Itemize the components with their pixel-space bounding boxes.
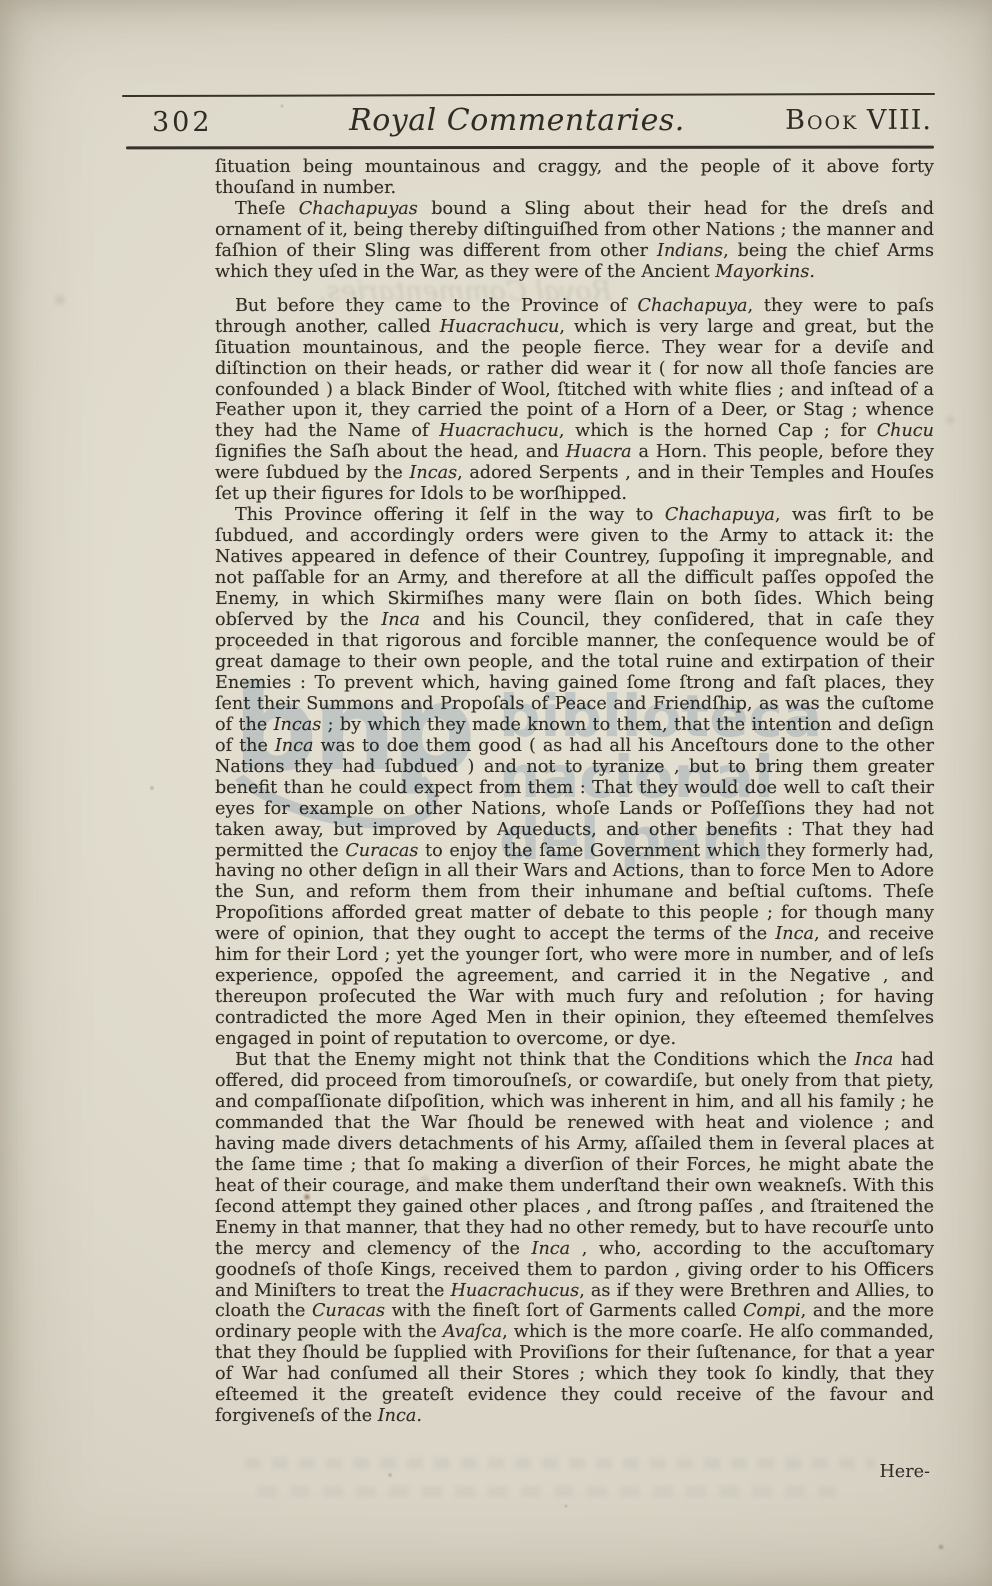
italic-text-run: Inca <box>275 736 314 756</box>
italic-text-run: Huacrachucus <box>451 1281 580 1301</box>
text-run: Theſe <box>235 199 299 219</box>
italic-text-run: Chucu <box>877 421 934 441</box>
body-text: ſituation being mountainous and craggy, … <box>215 157 934 1427</box>
paragraph: This Province offering it ſelf in the wa… <box>215 505 934 1050</box>
italic-text-run: Chachapuyas <box>299 199 418 219</box>
catchword: Here- <box>879 1462 930 1482</box>
paragraph: Theſe Chachapuyas bound a Sling about th… <box>215 199 934 283</box>
italic-text-run: Inca. <box>378 1406 422 1426</box>
italic-text-run: Huacra <box>566 442 632 462</box>
italic-text-run: Compi <box>743 1301 801 1321</box>
italic-text-run: Inca <box>381 610 420 630</box>
italic-text-run: Indians <box>657 241 723 261</box>
book-page: 302 Royal Commentaries. Book VIII. Royal… <box>0 0 992 1586</box>
text-run: This Province offering it ſelf in the wa… <box>235 505 665 525</box>
header-rule-top <box>122 93 935 97</box>
italic-text-run: Chachapuya <box>665 505 775 525</box>
italic-text-run: Incas <box>274 715 322 735</box>
paragraph: But before they came to the Province of … <box>215 296 934 506</box>
book-heading: Book VIII. <box>785 105 932 136</box>
paragraph: ſituation being mountainous and craggy, … <box>215 157 934 199</box>
book-numeral: VIII. <box>867 105 932 136</box>
text-run: had offered, did proceed from timorouſne… <box>215 1050 934 1259</box>
text-run: ſituation being mountainous and craggy, … <box>215 157 934 198</box>
paragraph: But that the Enemy might not think that … <box>215 1050 934 1427</box>
italic-text-run: Incas <box>409 463 457 483</box>
text-run: with the fineſt ſort of Garments called <box>385 1301 743 1321</box>
text-run: , which is the horned Cap ; for <box>559 421 877 441</box>
italic-text-run: Curacas <box>312 1301 385 1321</box>
verso-show-through-streaks <box>245 1452 875 1510</box>
italic-text-run: Inca <box>855 1050 894 1070</box>
italic-text-run: Chachapuya <box>638 296 748 316</box>
text-run: But that the Enemy might not think that … <box>235 1050 855 1070</box>
header-rule-bottom <box>126 146 934 150</box>
italic-text-run: Curacas <box>345 841 418 861</box>
text-run: ſignifies the Saſh about the head, and <box>215 442 566 462</box>
italic-text-run: Mayorkins. <box>715 262 815 282</box>
italic-text-run: Inca <box>775 924 814 944</box>
book-word: Book <box>785 105 858 136</box>
italic-text-run: Inca <box>532 1239 571 1259</box>
italic-text-run: Huacrachucu <box>439 421 559 441</box>
text-run: But before they came to the Province of <box>235 296 638 316</box>
italic-text-run: Huacrachucu <box>440 317 560 337</box>
italic-text-run: Avaſca <box>443 1322 502 1342</box>
